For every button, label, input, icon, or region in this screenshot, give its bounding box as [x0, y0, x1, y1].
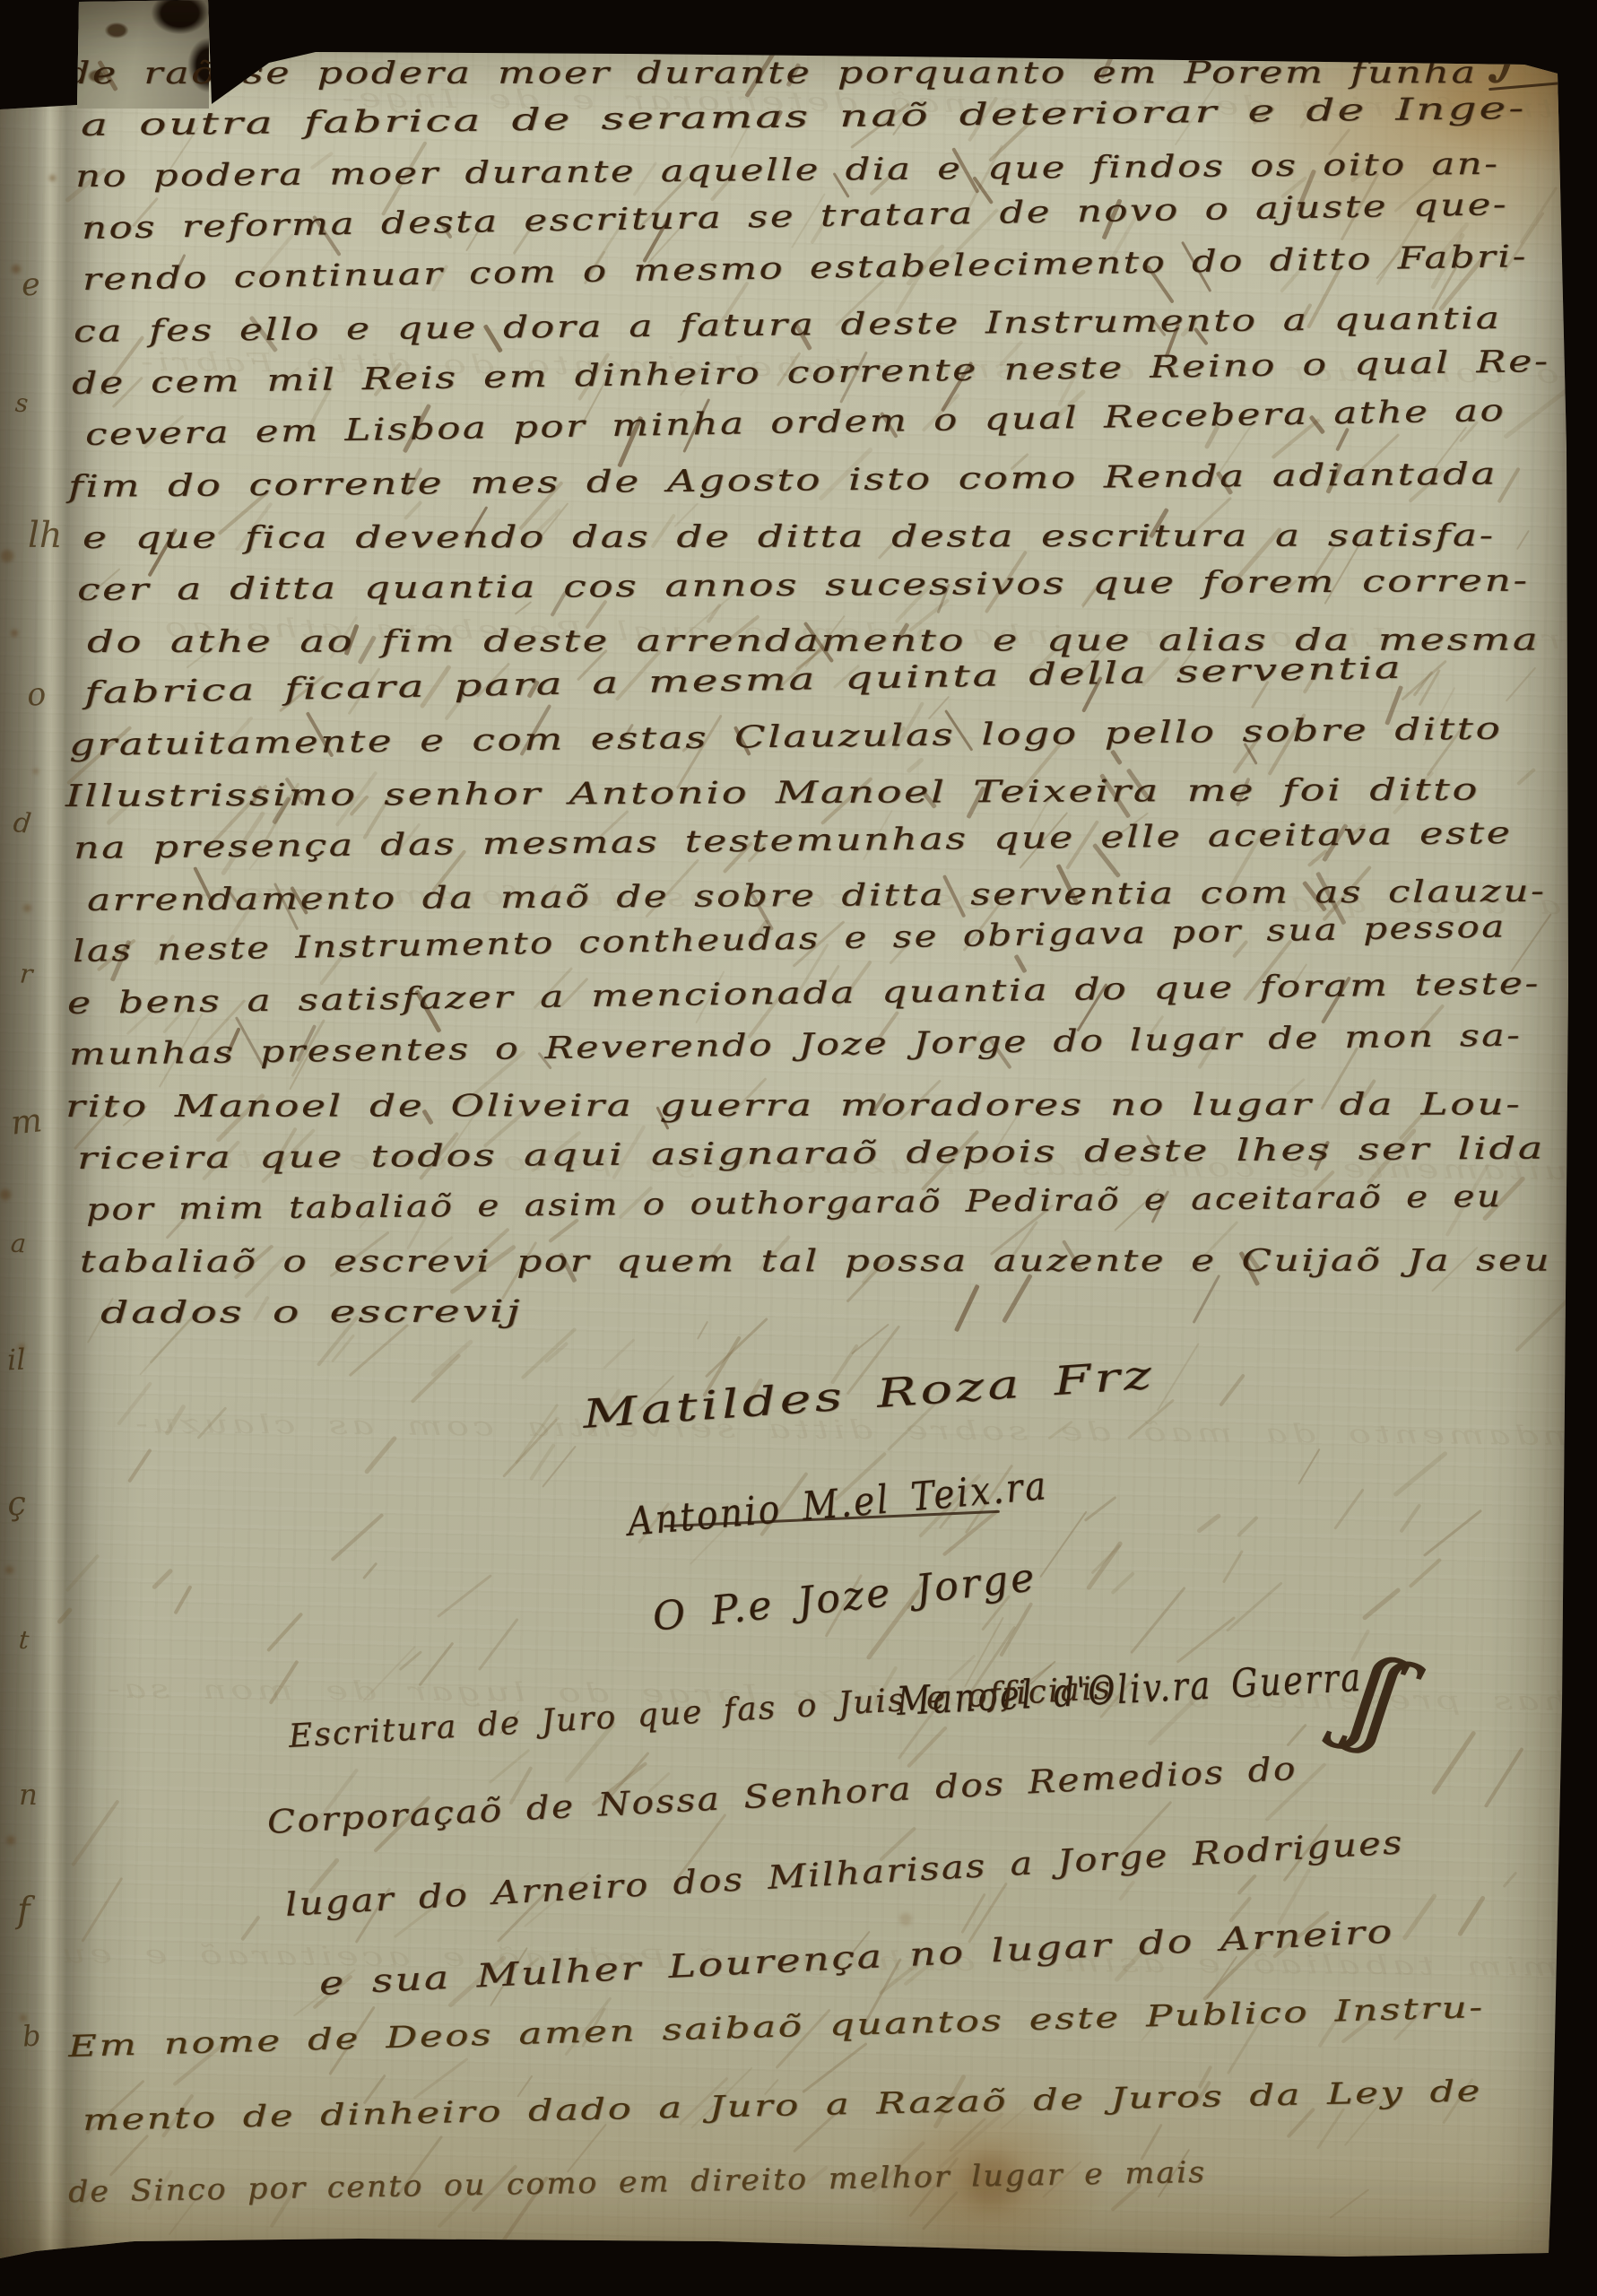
folio-flourish-mark: ∫: [1485, 12, 1536, 93]
bleedthrough-stroke: [81, 1878, 123, 1944]
bleedthrough-stroke: [1118, 1880, 1135, 1901]
bleedthrough-stroke: [1298, 1448, 1322, 1485]
bleedthrough-stroke: [1412, 671, 1432, 697]
registry-note-line: Escritura de Juro que fas o Juis e offic…: [288, 1670, 1113, 1755]
folio-number: 2: [1548, 34, 1570, 72]
manuscript-line: cer a ditta quantia cos annos sucessivos…: [77, 563, 1530, 608]
bleedthrough-stroke: [1418, 668, 1440, 706]
bleedthrough-stroke: [1393, 1450, 1448, 1497]
bleedthrough-stroke: [1519, 187, 1558, 244]
bleedthrough-stroke: [1048, 1420, 1073, 1439]
bleedthrough-stroke: [419, 1642, 455, 1687]
closing-line: Em nome de Deos amen saibaõ quantos este…: [67, 1989, 1485, 2064]
manuscript-page: eslhodrmailçtnfb ∫ 2 de raõ se podera mo…: [0, 0, 1597, 2296]
gutter-letter-fragment: n: [19, 1778, 38, 1812]
foxing-spot: [23, 904, 31, 912]
bleedthrough-stroke: [1503, 385, 1573, 439]
bleedthrough-stroke: [116, 1381, 152, 1426]
bleedthrough-stroke: [363, 1646, 417, 1702]
foxing-spot: [11, 630, 18, 637]
bleedthrough-stroke: [1226, 1582, 1283, 1633]
bleedthrough-stroke: [1516, 530, 1530, 550]
gutter-letter-fragment: o: [25, 675, 48, 714]
manuscript-line: de raõ se podera moer durante porquanto …: [65, 55, 1478, 91]
bleedthrough-stroke: [331, 1335, 355, 1363]
manuscript-line: munhas presentes o Reverendo Joze Jorge …: [69, 1018, 1523, 1073]
gutter-letter-fragment: s: [14, 388, 30, 419]
bleedthrough-stroke: [349, 1323, 409, 1376]
bleedthrough-stroke: [999, 1602, 1033, 1657]
bleedthrough-stroke: [1497, 466, 1521, 503]
bleedthrough-stroke: [108, 2135, 148, 2177]
bleedthrough-stroke: [266, 1613, 303, 1652]
bleedthrough-stroke: [1422, 1509, 1481, 1557]
gutter-letter-fragment: r: [18, 959, 33, 991]
foxing-spot: [12, 265, 21, 274]
manuscript-line: e bens a satisfazer a mencionada quantia…: [67, 965, 1541, 1021]
bleedthrough-stroke: [907, 1726, 948, 1769]
bleedthrough-stroke: [1402, 1892, 1437, 1940]
manuscript-line: fim do corrente mes de Agosto isto como …: [68, 456, 1497, 504]
bleedthrough-stroke: [1329, 2188, 1369, 2219]
registry-note-line: lugar do Arneiro dos Milharisas a Jorge …: [284, 1824, 1405, 1924]
bleedthrough-stroke: [165, 1405, 187, 1436]
bleedthrough-stroke: [1084, 1496, 1116, 1521]
registry-note-line: Corporaçaõ de Nossa Senhora dos Remedios…: [266, 1751, 1298, 1841]
bleedthrough-stroke: [1515, 1299, 1569, 1352]
bleedthrough-stroke: [1506, 667, 1537, 702]
bleedthrough-stroke: [1228, 1896, 1252, 1923]
bleedthrough-stroke: [922, 2190, 959, 2231]
bleedthrough-stroke: [127, 1448, 152, 1483]
gutter-letter-fragment: d: [11, 806, 32, 840]
bleedthrough-stroke: [1196, 1513, 1221, 1534]
bleedthrough-stroke: [1127, 1398, 1174, 1439]
bleedthrough-stroke: [331, 1513, 385, 1562]
bleedthrough-stroke: [1222, 1549, 1245, 1583]
bleedthrough-stroke: [269, 1660, 299, 1705]
bleedthrough-stroke: [1236, 1516, 1258, 1538]
manuscript-line: nos reforma desta escritura se tratara d…: [82, 187, 1509, 247]
manuscript-line: riceira que todos aqui asignaraõ depois …: [77, 1130, 1545, 1176]
manuscript-line: las neste Instrumento contheudas e se ob…: [72, 909, 1506, 970]
bleedthrough-stroke: [364, 1436, 397, 1474]
foxing-spot: [5, 1566, 13, 1574]
bleedthrough-stroke: [399, 1650, 423, 1671]
bleedthrough-stroke: [174, 1585, 193, 1614]
foxing-spot: [20, 2014, 27, 2022]
bleedthrough-stroke: [1157, 1343, 1200, 1411]
bleedthrough-stroke: [906, 757, 924, 773]
bleedthrough-stroke: [960, 1892, 985, 1933]
bleedthrough-stroke: [1510, 913, 1552, 973]
signature: Matildes Roza Frz: [581, 1352, 1156, 1437]
bleedthrough-stroke: [1316, 2108, 1345, 2149]
bleedthrough-stroke: [515, 1403, 559, 1464]
gutter-letter-fragment: il: [6, 1343, 26, 1378]
signature: O P.e Joze Jorge: [650, 1554, 1038, 1640]
bleedthrough-stroke: [1516, 767, 1536, 785]
gutter-letter-fragment: f: [17, 1890, 30, 1931]
foxing-spot: [49, 175, 56, 181]
bleedthrough-stroke: [529, 1443, 556, 1481]
cancellation-stroke: [1013, 954, 1027, 974]
manuscript-line: rito Manoel de Oliveira guerra moradores…: [65, 1086, 1522, 1125]
bleedthrough-stroke: [1399, 1504, 1421, 1534]
manuscript-line: e que fica devendo das de ditta desta es…: [82, 518, 1496, 557]
bleedthrough-stroke: [1457, 1895, 1486, 1936]
foxing-spot: [1, 550, 13, 562]
foxing-spot: [0, 1189, 11, 1200]
bleedthrough-stroke: [1039, 1511, 1087, 1578]
cancellation-stroke: [1110, 749, 1123, 765]
bleedthrough-stroke: [706, 604, 722, 624]
manuscript-line: a outra fabrica de seramas naõ deteriora…: [81, 90, 1526, 143]
bleedthrough-stroke: [1276, 1868, 1310, 1926]
bleedthrough-stroke: [950, 2118, 986, 2152]
bleedthrough-stroke: [502, 1418, 558, 1477]
manuscript-line: ca fes ello e que dora a fatura deste In…: [73, 300, 1501, 350]
gutter-letter-fragment: m: [9, 1100, 44, 1143]
manuscript-line: tabaliaõ o escrevi por quem tal possa au…: [80, 1242, 1551, 1279]
manuscript-line: cevera em Lisboa por minha ordem o qual …: [84, 393, 1506, 453]
bleedthrough-stroke: [1334, 1488, 1366, 1530]
gutter-letter-fragment: lh: [28, 515, 63, 556]
bleedthrough-stroke: [71, 1800, 119, 1867]
manuscript-line: por mim tabaliaõ e asim o outhorgaraõ Pe…: [86, 1178, 1503, 1228]
cancellation-stroke: [1002, 1274, 1033, 1324]
bleedthrough-stroke: [1362, 1587, 1402, 1621]
bleedthrough-stroke: [1409, 1558, 1442, 1588]
bleedthrough-stroke: [520, 1326, 577, 1379]
manuscript-line: rendo continuar com o mesmo estabelecime…: [82, 239, 1528, 299]
bleedthrough-stroke: [697, 1320, 708, 1339]
bleedthrough-stroke: [705, 1318, 768, 1378]
bleedthrough-stroke: [1431, 1730, 1477, 1795]
foxing-spot: [1302, 30, 1313, 41]
manuscript-line: na presença das mesmas testemunhas que e…: [73, 815, 1512, 866]
bleedthrough-stroke: [1206, 1955, 1237, 1999]
manuscript-line: dados o escrevij: [100, 1294, 523, 1332]
closing-line: de Sinco por cento ou como em direito me…: [68, 2154, 1207, 2209]
registry-note-line: e sua Mulher Lourença no lugar do Arneir…: [318, 1913, 1395, 2003]
bleedthrough-stroke: [1237, 1873, 1257, 1894]
foxing-spot: [33, 769, 39, 774]
bleedthrough-stroke: [152, 1568, 174, 1590]
gutter-letter-fragment: a: [10, 1228, 27, 1259]
bleedthrough-stroke: [542, 1446, 577, 1488]
binding-tab: [77, 0, 209, 109]
bleedthrough-stroke: [411, 1353, 462, 1404]
bleedthrough-stroke: [362, 1562, 378, 1579]
manuscript-line: gratuitamente e com estas Clauzulas logo…: [68, 710, 1502, 762]
bleedthrough-stroke: [1483, 1746, 1523, 1807]
bleedthrough-stroke: [851, 1324, 890, 1355]
bleedthrough-stroke: [196, 1406, 227, 1439]
foxing-spot: [462, 21, 471, 30]
manuscript-line: Illustrissimo senhor Antonio Manoel Teix…: [65, 772, 1479, 814]
gutter-letter-fragment: e: [21, 266, 41, 304]
bleedthrough-stroke: [437, 1574, 492, 1618]
foxing-spot: [18, 1344, 25, 1351]
manuscript-line: no podera moer durante aquelle dia e que…: [75, 146, 1500, 195]
bleedthrough-stroke: [544, 1342, 569, 1364]
bleedthrough-stroke: [404, 500, 422, 520]
bleedthrough-stroke: [489, 1749, 530, 1784]
bleedthrough-stroke: [1130, 1587, 1186, 1654]
bleedthrough-stroke: [1402, 660, 1447, 701]
bleedthrough-stroke: [1086, 1540, 1124, 1590]
bleedthrough-stroke: [240, 1916, 261, 1942]
bleedthrough-stroke: [65, 1554, 100, 1593]
cancellation-stroke: [1193, 1274, 1221, 1324]
bleedthrough-stroke: [1219, 1374, 1245, 1408]
gutter-letter-fragment: ç: [5, 1483, 27, 1524]
bleedthrough-stroke: [477, 1618, 518, 1671]
bleedthrough-stroke: [430, 1339, 473, 1378]
bleedthrough-stroke: [1286, 1724, 1306, 1747]
bleedthrough-stroke: [1091, 1544, 1122, 1574]
bleedthrough-stroke: [56, 1606, 73, 1624]
bleedthrough-stroke: [1503, 1871, 1518, 1888]
foxing-spot: [6, 1836, 15, 1845]
foxing-spot: [1549, 35, 1572, 58]
gutter-letter-fragment: t: [18, 1625, 30, 1656]
manuscript-line: de cem mil Reis em dinheiro corrente nes…: [71, 344, 1549, 402]
signature: Antonio M.el Teix.ra: [626, 1463, 1050, 1545]
foxing-spot: [899, 1913, 912, 1926]
gutter-letter-fragment: b: [22, 2019, 42, 2054]
bleedthrough-stroke: [1176, 1617, 1236, 1665]
cancellation-stroke: [954, 1284, 980, 1333]
bleedthrough-stroke: [412, 2057, 468, 2100]
bleedthrough-stroke: [1111, 1571, 1136, 1595]
closing-line: mento de dinheiro dado a Juro a Razaõ de…: [82, 2073, 1483, 2137]
bleedthrough-stroke: [603, 1339, 635, 1370]
